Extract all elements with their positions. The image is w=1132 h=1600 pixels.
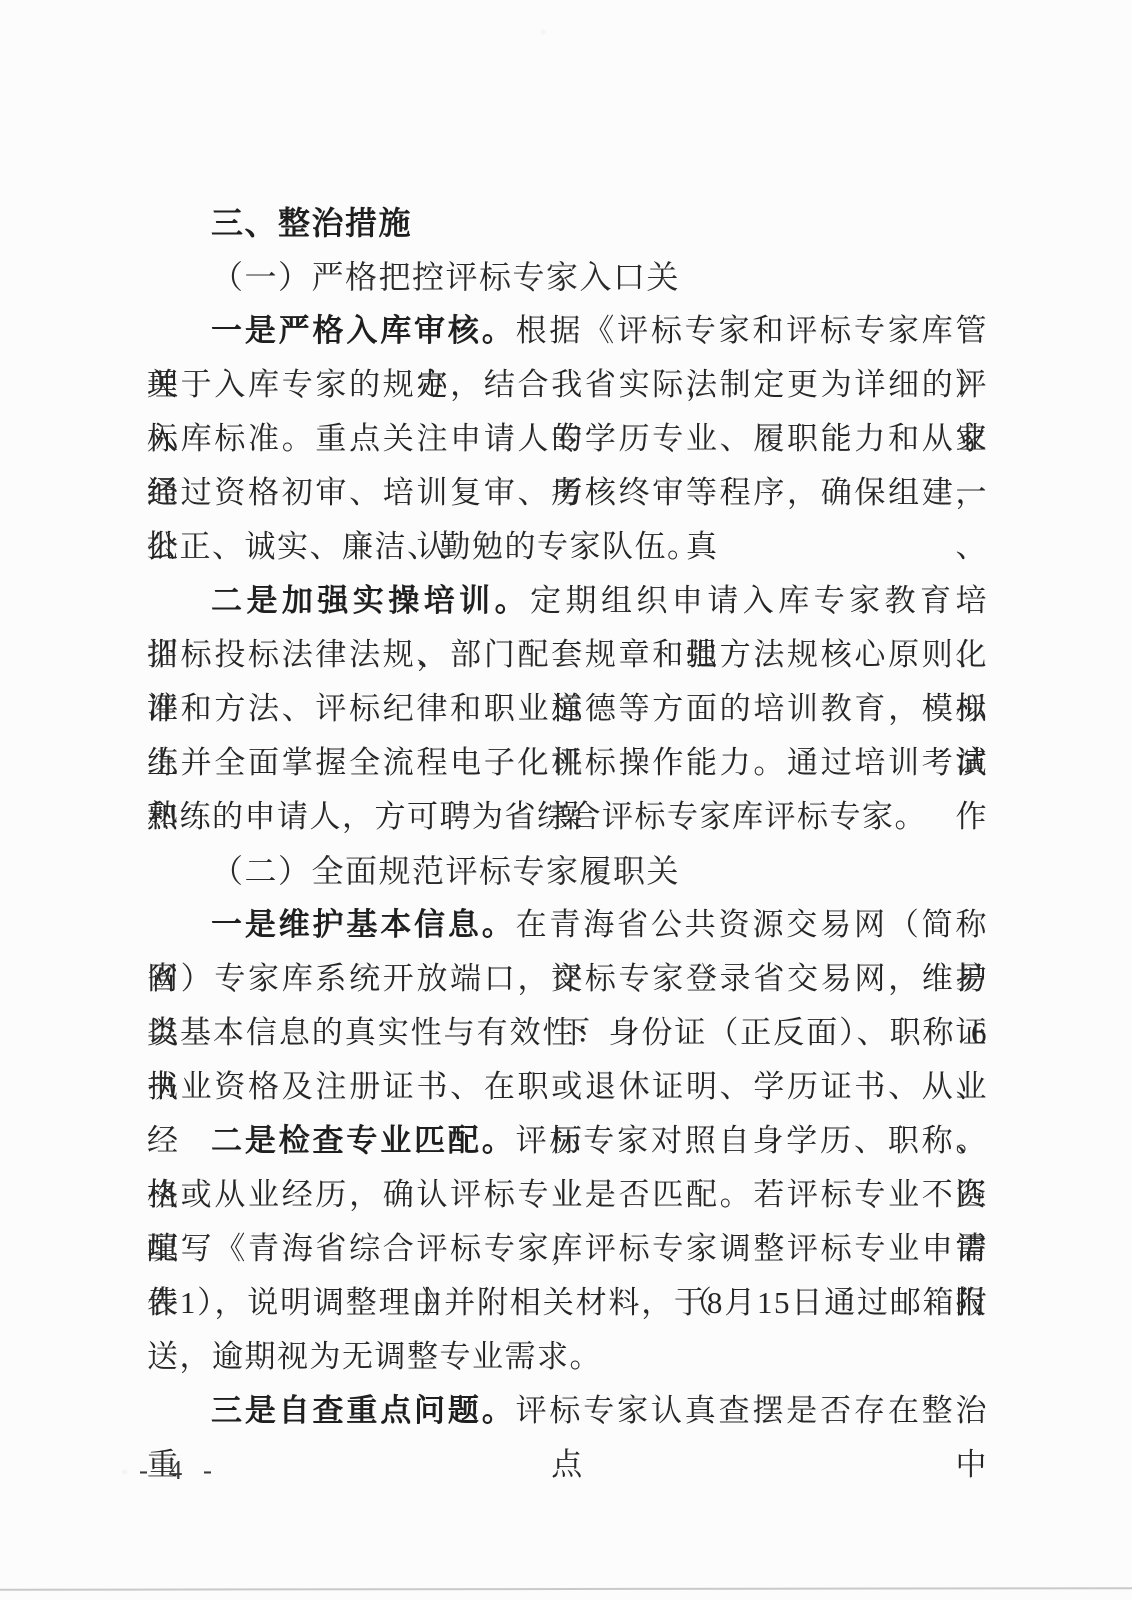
text-line: 入库标准。重点关注申请人的学历专业、履职能力和从业经历， xyxy=(147,412,988,466)
scanned-document-page: 三、整治措施 （一）严格把控评标专家入口关 一是严格入库审核。根据《评标专家和评… xyxy=(0,0,1132,1600)
text-line-body: 熟练的申请人，方可聘为省综合评标专家库评标专家。 xyxy=(147,799,927,834)
text-line: 填写《青海省综合评标专家库评标专家调整评标专业申请表》（附 xyxy=(147,1222,988,1276)
bold-lead-in: 一是严格入库审核。 xyxy=(211,313,516,348)
text-line: 关于入库专家的规定，结合我省实际，制定更为详细的评标专家 xyxy=(147,358,988,412)
text-line: 网）专家库系统开放端口，评标专家登录省交易网，维护以下6 xyxy=(147,952,988,1006)
text-line: 送，逾期视为无调整专业需求。 xyxy=(147,1330,988,1384)
text-line: 执业资格及注册证书、在职或退休证明、学历证书、从业经历。 xyxy=(147,1060,988,1114)
text-line: 件1），说明调整理由并附相关材料，于8月15日通过邮箱报 xyxy=(147,1276,988,1330)
text-line: 招标投标法律法规、部门配套规章和地方法规核心原则、评标标 xyxy=(147,628,988,682)
section-heading-text: 三、整治措施 xyxy=(211,205,412,241)
section-heading: 三、整治措施 xyxy=(147,196,988,250)
text-line: 准和方法、评标纪律和职业道德等方面的培训教育，模拟上机演 xyxy=(147,682,988,736)
bold-lead-in: 二是检查专业匹配。 xyxy=(211,1123,516,1158)
scan-artifact-line xyxy=(0,1587,1132,1591)
subsection-heading-1: （一）严格把控评标专家入口关 xyxy=(147,250,988,304)
text-line: 三是自查重点问题。评标专家认真查摆是否存在整治重点中 xyxy=(147,1384,988,1438)
text-line: 熟练的申请人，方可聘为省综合评标专家库评标专家。 xyxy=(147,790,988,844)
text-line: 通过资格初审、培训复审、考核终审等程序，确保组建一批认真、 xyxy=(147,466,988,520)
bold-lead-in: 一是维护基本信息。 xyxy=(211,907,516,942)
text-line: 练并全面掌握全流程电子化评标操作能力。通过培训考试和操作 xyxy=(147,736,988,790)
text-line-body: 件1），说明调整理由并附相关材料，于8月15日通过邮箱报 xyxy=(147,1285,988,1320)
text-line: 二是加强实操培训。定期组织申请入库专家教育培训，强化 xyxy=(147,574,988,628)
text-line: 二是检查专业匹配。评标专家对照自身学历、职称、执业资 xyxy=(147,1114,988,1168)
bold-lead-in: 三是自查重点问题。 xyxy=(211,1393,516,1428)
text-line: 一是维护基本信息。在青海省公共资源交易网（简称省交易 xyxy=(147,898,988,952)
text-line: 类基本信息的真实性与有效性：身份证（正反面）、职称证书、 xyxy=(147,1006,988,1060)
subsection-heading-2: （二）全面规范评标专家履职关 xyxy=(147,844,988,898)
text-line: 一是严格入库审核。根据《评标专家和评标专家库管理办法》 xyxy=(147,304,988,358)
text-line-body: 送，逾期视为无调整专业需求。 xyxy=(147,1339,602,1374)
page-number: - 4 - xyxy=(139,1455,219,1486)
subsection-heading-text: （二）全面规范评标专家履职关 xyxy=(211,853,680,889)
document-body: 三、整治措施 （一）严格把控评标专家入口关 一是严格入库审核。根据《评标专家和评… xyxy=(147,196,988,1438)
bold-lead-in: 二是加强实操培训。 xyxy=(211,583,530,618)
text-line: 格或从业经历，确认评标专业是否匹配。若评标专业不匹配，需 xyxy=(147,1168,988,1222)
subsection-heading-text: （一）严格把控评标专家入口关 xyxy=(211,259,680,295)
text-line-body: 公正、诚实、廉洁、勤勉的专家队伍。 xyxy=(147,529,700,564)
